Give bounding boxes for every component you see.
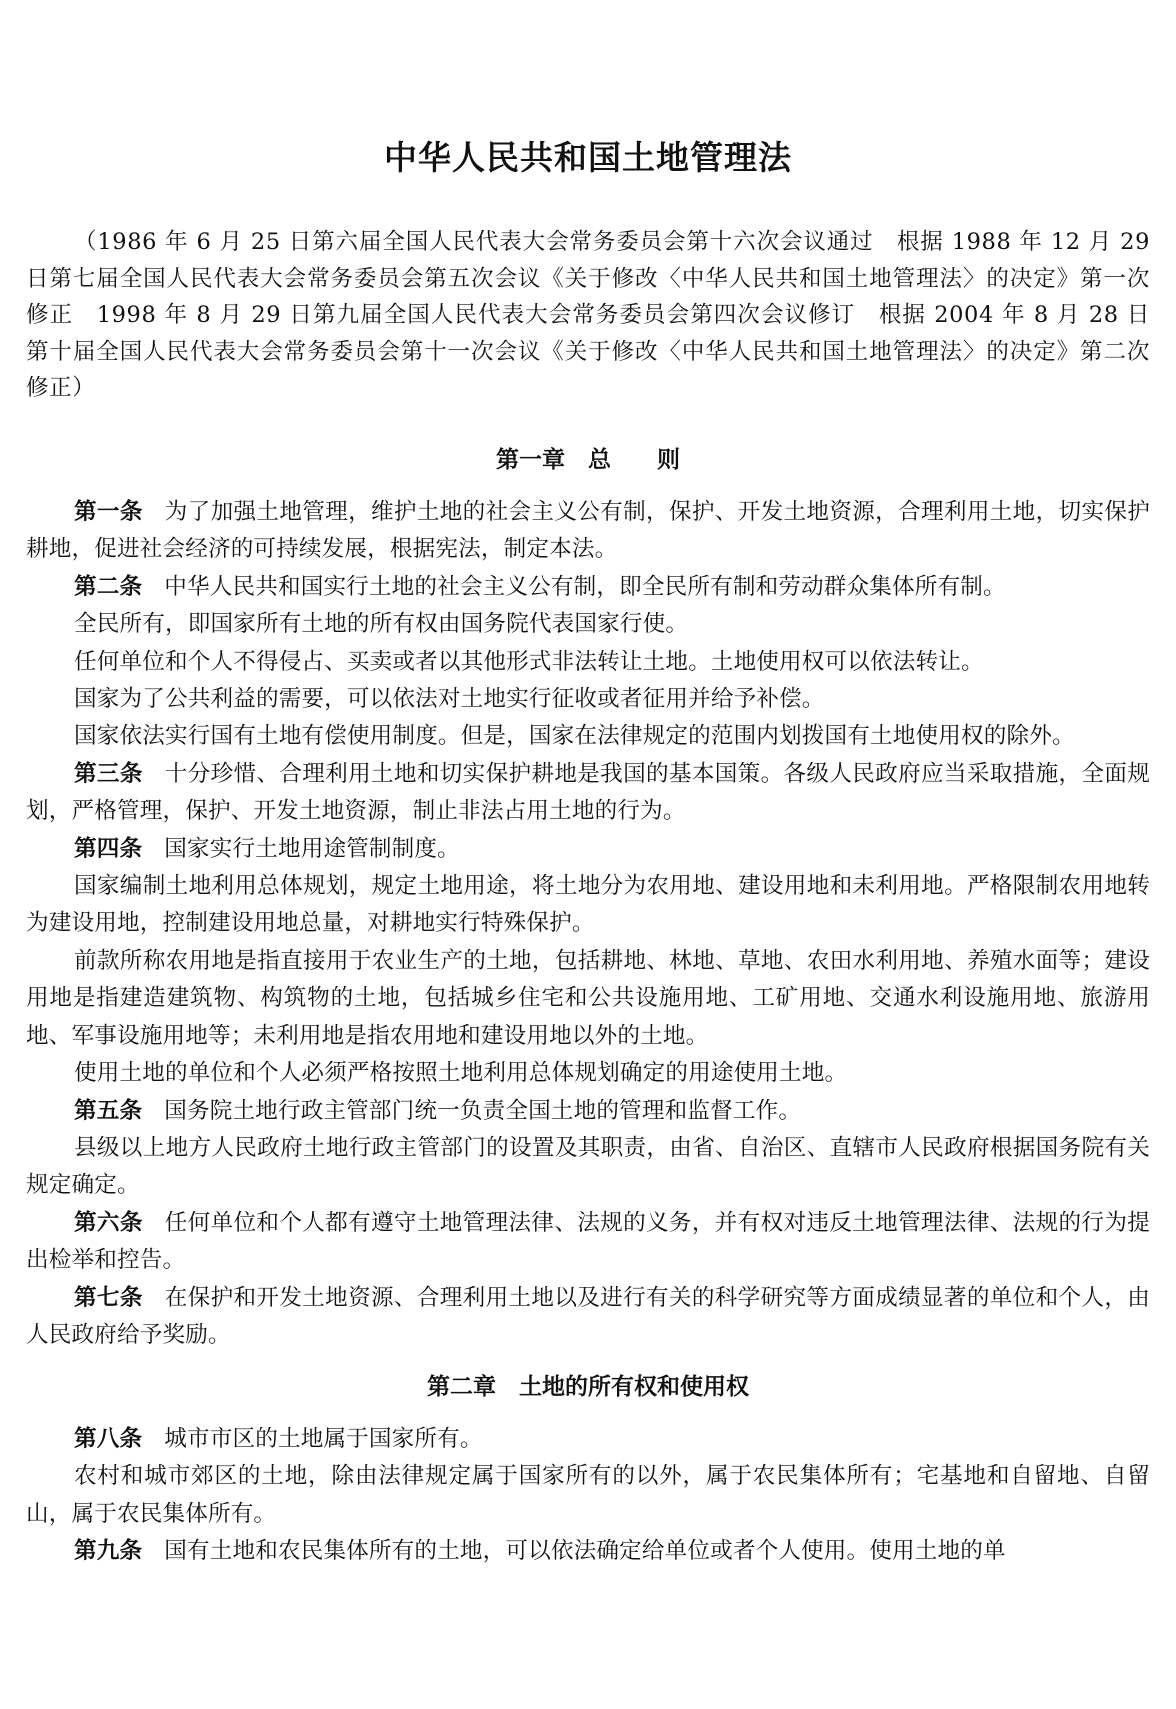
article-8-clause-2: 农村和城市郊区的土地，除由法律规定属于国家所有的以外，属于农民集体所有；宅基地和… <box>26 1458 1150 1533</box>
article-text: 中华人民共和国实行土地的社会主义公有制，即全民所有制和劳动群众集体所有制。 <box>164 574 1006 600</box>
article-label: 第一条 <box>74 499 143 525</box>
article-7: 第七条在保护和开发土地资源、合理利用土地以及进行有关的科学研究等方面成绩显著的单… <box>26 1280 1150 1355</box>
article-2: 第二条中华人民共和国实行土地的社会主义公有制，即全民所有制和劳动群众集体所有制。 <box>26 569 1150 606</box>
chapter-1-body: 第一条为了加强土地管理，维护土地的社会主义公有制，保护、开发土地资源，合理利用土… <box>26 494 1150 1354</box>
article-2-clause-3: 任何单位和个人不得侵占、买卖或者以其他形式非法转让土地。土地使用权可以依法转让。 <box>26 644 1150 681</box>
article-text: 国有土地和农民集体所有的土地，可以依法确定给单位或者个人使用。使用土地的单 <box>164 1538 1006 1564</box>
document-title: 中华人民共和国土地管理法 <box>26 136 1150 180</box>
article-4-clause-2: 国家编制土地利用总体规划，规定土地用途，将土地分为农用地、建设用地和未利用地。严… <box>26 868 1150 943</box>
legislative-history-note: （1986 年 6 月 25 日第六届全国人民代表大会常务委员会第十六次会议通过… <box>26 224 1150 407</box>
article-2-clause-5: 国家依法实行国有土地有偿使用制度。但是，国家在法律规定的范围内划拨国有土地使用权… <box>26 718 1150 755</box>
article-5: 第五条国务院土地行政主管部门统一负责全国土地的管理和监督工作。 <box>26 1093 1150 1130</box>
article-text: 在保护和开发土地资源、合理利用土地以及进行有关的科学研究等方面成绩显著的单位和个… <box>26 1285 1150 1348</box>
chapter-1-heading: 第一章 总 则 <box>26 444 1150 476</box>
article-4-clause-4: 使用土地的单位和个人必须严格按照土地利用总体规划确定的用途使用土地。 <box>26 1055 1150 1092</box>
article-8: 第八条城市市区的土地属于国家所有。 <box>26 1421 1150 1458</box>
chapter-2-heading: 第二章 土地的所有权和使用权 <box>26 1371 1150 1403</box>
article-6: 第六条任何单位和个人都有遵守土地管理法律、法规的义务，并有权对违反土地管理法律、… <box>26 1205 1150 1280</box>
article-1: 第一条为了加强土地管理，维护土地的社会主义公有制，保护、开发土地资源，合理利用土… <box>26 494 1150 569</box>
article-3: 第三条十分珍惜、合理利用土地和切实保护耕地是我国的基本国策。各级人民政府应当采取… <box>26 756 1150 831</box>
article-4-clause-3: 前款所称农用地是指直接用于农业生产的土地，包括耕地、林地、草地、农田水利用地、养… <box>26 943 1150 1055</box>
article-text: 城市市区的土地属于国家所有。 <box>164 1426 482 1452</box>
article-text: 为了加强土地管理，维护土地的社会主义公有制，保护、开发土地资源，合理利用土地，切… <box>26 499 1150 562</box>
chapter-2-body: 第八条城市市区的土地属于国家所有。 农村和城市郊区的土地，除由法律规定属于国家所… <box>26 1421 1150 1571</box>
article-text: 国家实行土地用途管制制度。 <box>164 836 460 862</box>
article-label: 第二条 <box>74 574 142 600</box>
article-text: 任何单位和个人都有遵守土地管理法律、法规的义务，并有权对违反土地管理法律、法规的… <box>26 1210 1150 1273</box>
article-label: 第六条 <box>74 1210 143 1236</box>
article-2-clause-2: 全民所有，即国家所有土地的所有权由国务院代表国家行使。 <box>26 606 1150 643</box>
article-label: 第三条 <box>74 761 143 787</box>
article-4: 第四条国家实行土地用途管制制度。 <box>26 831 1150 868</box>
article-text: 国务院土地行政主管部门统一负责全国土地的管理和监督工作。 <box>164 1098 801 1124</box>
article-5-clause-2: 县级以上地方人民政府土地行政主管部门的设置及其职责，由省、自治区、直辖市人民政府… <box>26 1130 1150 1205</box>
article-label: 第五条 <box>74 1098 142 1124</box>
article-label: 第四条 <box>74 836 142 862</box>
article-label: 第七条 <box>74 1285 143 1311</box>
article-label: 第八条 <box>74 1426 142 1452</box>
article-9: 第九条国有土地和农民集体所有的土地，可以依法确定给单位或者个人使用。使用土地的单 <box>26 1533 1150 1570</box>
article-text: 十分珍惜、合理利用土地和切实保护耕地是我国的基本国策。各级人民政府应当采取措施，… <box>26 761 1150 824</box>
article-2-clause-4: 国家为了公共利益的需要，可以依法对土地实行征收或者征用并给予补偿。 <box>26 681 1150 718</box>
article-label: 第九条 <box>74 1538 142 1564</box>
